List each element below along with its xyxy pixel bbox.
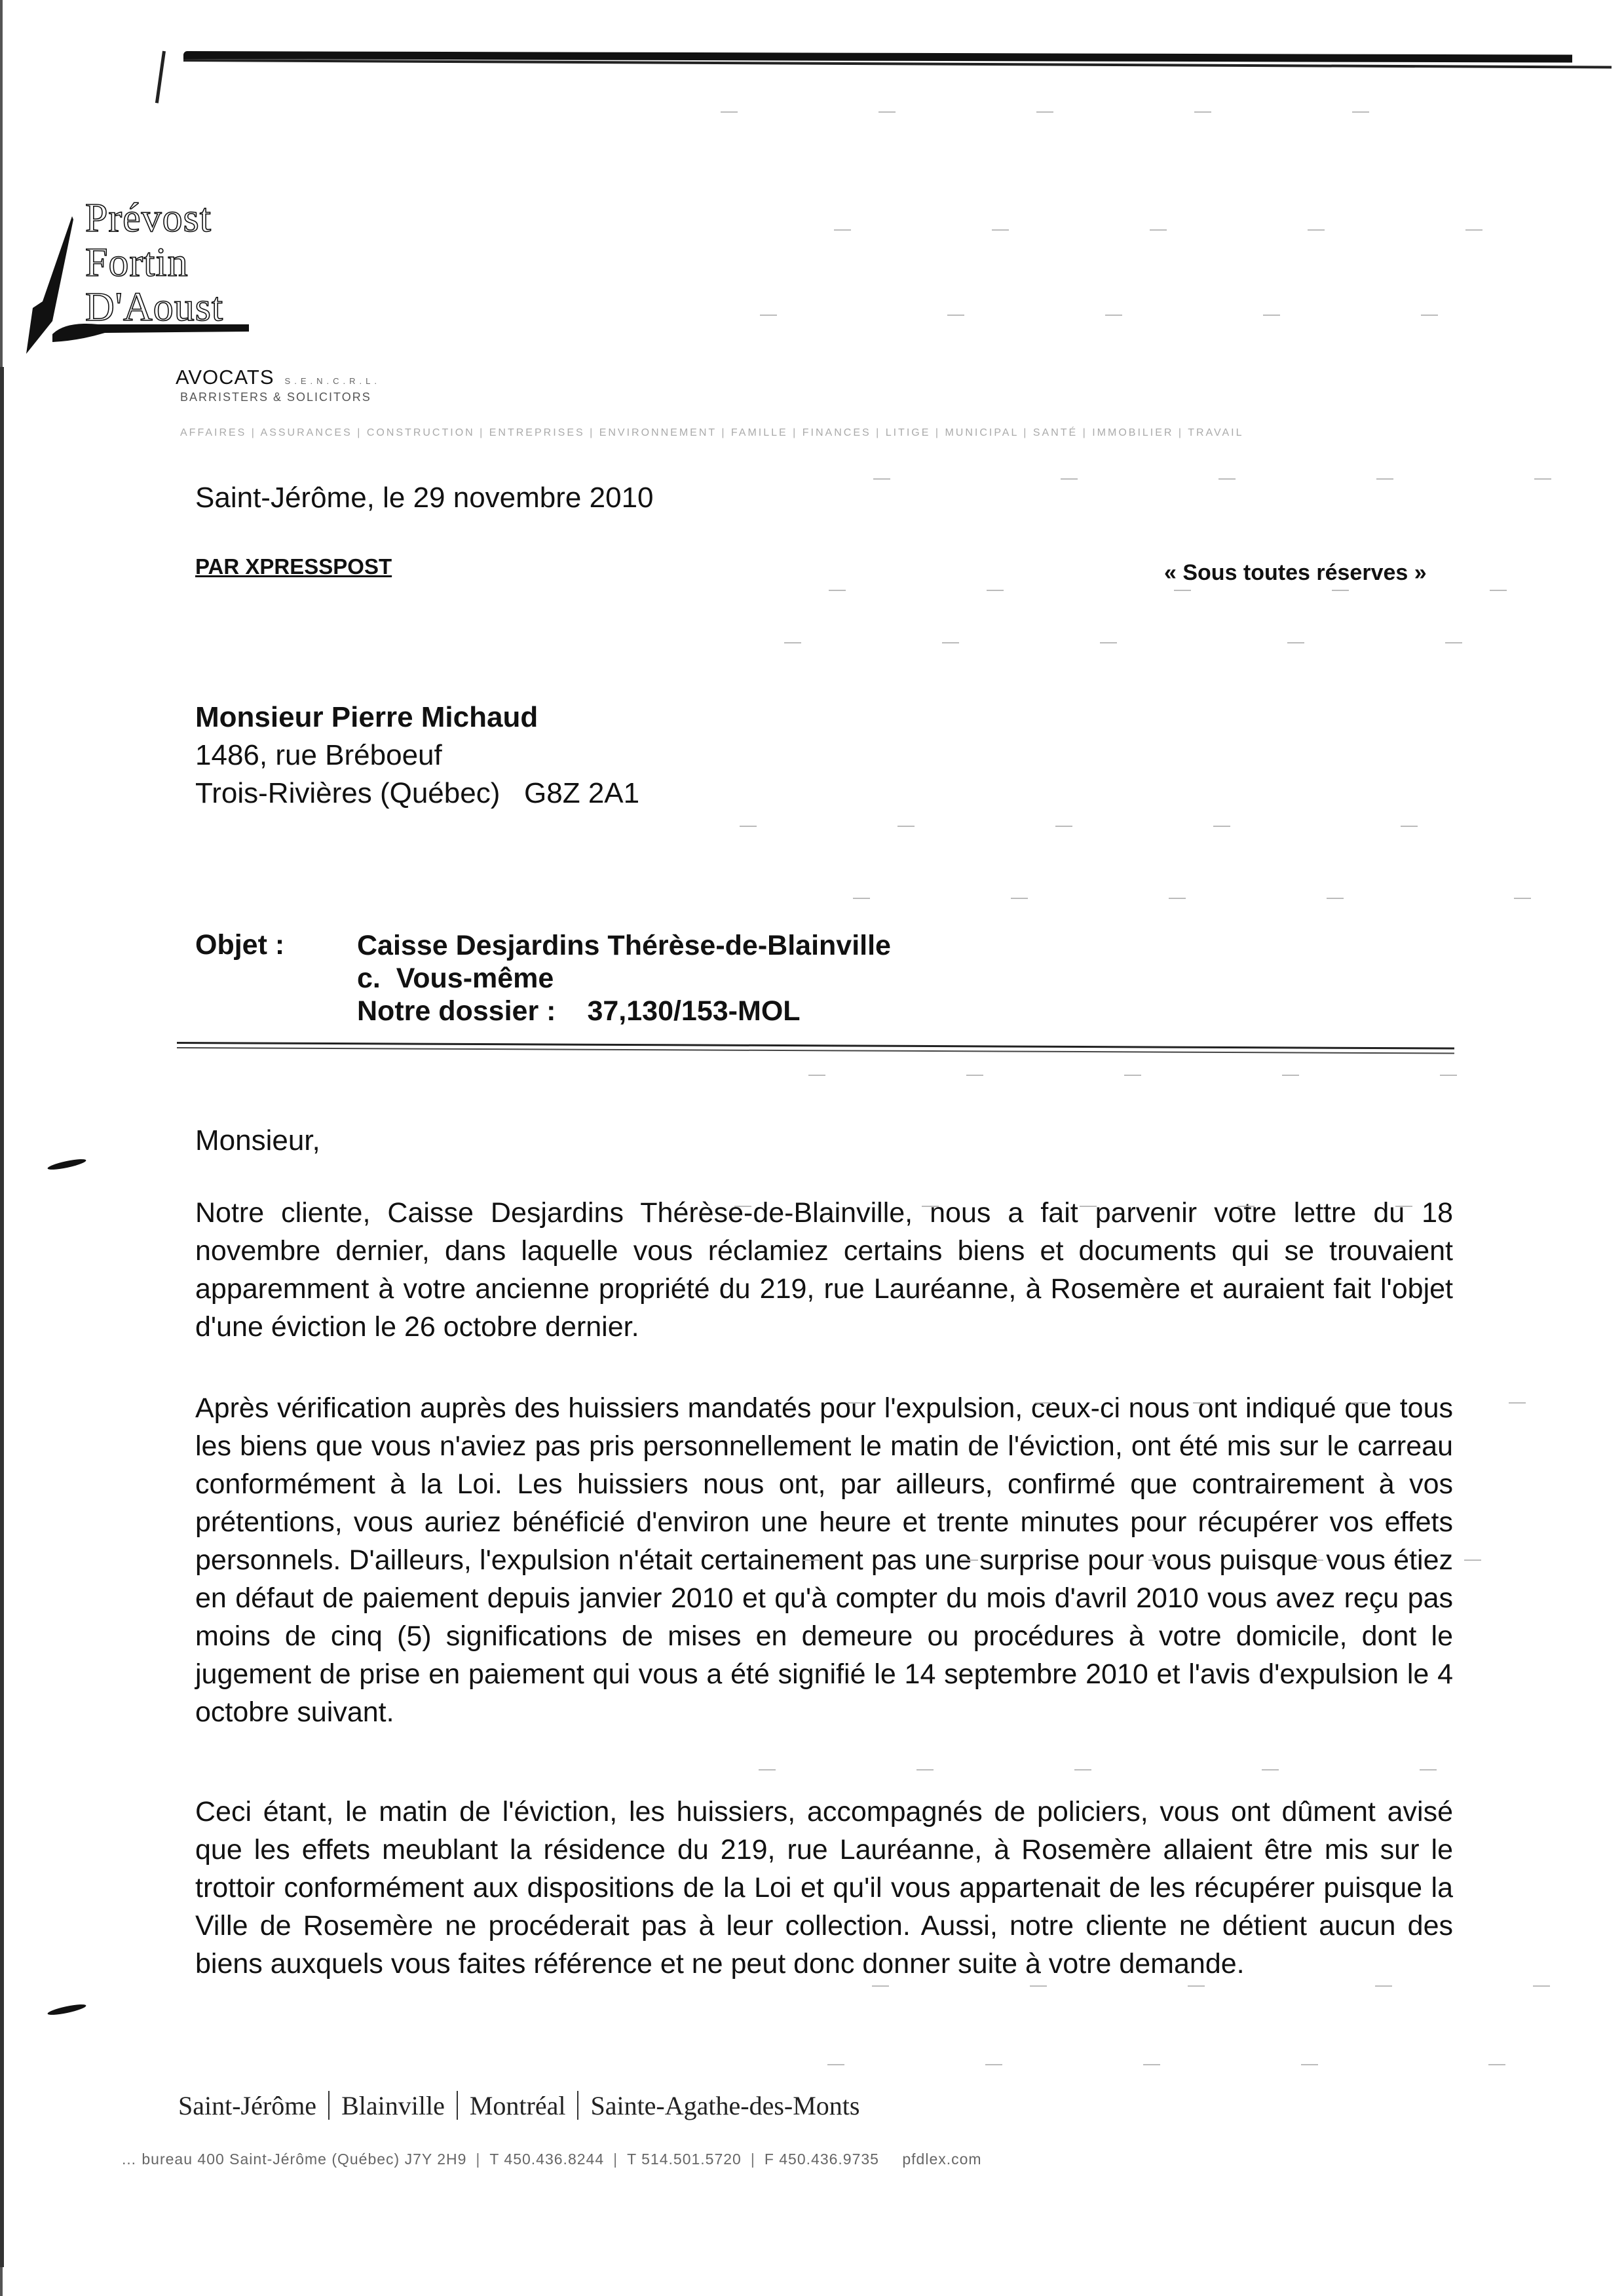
scan-speckle [1332,590,1349,591]
scan-speckle [784,642,801,643]
scan-speckle [740,826,757,827]
website-link[interactable]: pfdlex.com [902,2151,981,2168]
scan-speckle [1306,1559,1323,1561]
scan-speckle [1074,1769,1091,1770]
recipient-street: 1486, rue Bréboeuf [195,737,639,775]
scan-speckle [1080,1206,1097,1207]
office-location: Saint-Jérôme [178,2091,316,2120]
scan-speckle [760,315,777,316]
profession-suffix: S.E.N.C.R.L. [285,376,381,386]
scan-speckle [1061,478,1078,480]
scan-speckle [916,1769,934,1770]
delivery-method: PAR XPRESSPOST [195,554,392,579]
subject-line-1: Caisse Desjardins Thérèse-de-Blainville [357,929,891,962]
dossier-label: Notre dossier : [357,995,556,1027]
scan-speckle [734,1206,751,1207]
salutation: Monsieur, [195,1124,320,1157]
scan-speckle [853,898,870,899]
scan-speckle [1352,111,1369,113]
office-location: Blainville [341,2091,445,2120]
divider [457,2091,458,2120]
scan-speckle [897,826,915,827]
scan-speckle [1055,826,1072,827]
scan-speckle [1465,229,1482,231]
subject-dossier: Notre dossier :37,130/153-MOL [357,995,891,1027]
logo-line-1: Prévost [85,198,212,239]
scan-speckle [1148,1559,1165,1561]
divider [328,2091,330,2120]
scan-speckle [1440,1075,1457,1076]
scan-speckle [947,315,964,316]
scan-speckle [1351,1402,1368,1404]
contact-line: … bureau 400 Saint-Jérôme (Québec) J7Y 2… [121,2151,982,2168]
recipient-name: Monsieur Pierre Michaud [195,698,639,737]
scan-speckle [1445,642,1462,643]
scan-speckle [1509,1402,1526,1404]
scan-edge-shadow [0,367,4,2267]
scan-speckle [1188,1985,1205,1987]
scan-speckle [1036,111,1053,113]
scan-speckle [1534,478,1551,480]
scan-speckle [1035,1402,1052,1404]
profession-title: AVOCATSS.E.N.C.R.L. [176,366,381,389]
firm-logo: Prévost Fortin D'Aoust [26,190,249,360]
scan-speckle [1395,1206,1412,1207]
body-paragraph: Après vérification auprès des huissiers … [195,1389,1453,1731]
phone-primary: T 450.436.8244 [489,2151,604,2168]
scan-speckle [1237,1206,1255,1207]
scan-speckle [1401,826,1418,827]
scan-speckle [922,1206,939,1207]
scan-speckle [1262,1769,1279,1770]
scan-speckle [1420,1769,1437,1770]
scan-speckle [942,642,959,643]
scan-speckle [1193,1402,1210,1404]
fax-number: F 450.436.9735 [765,2151,879,2168]
dossier-number: 37,130/153-MOL [587,995,800,1027]
scan-speckle [987,590,1004,591]
punch-mark [47,2002,87,2017]
office-location: Sainte-Agathe-des-Monts [590,2091,859,2120]
scan-speckle [1375,1985,1392,1987]
scan-speckle [1287,642,1304,643]
scan-speckle [803,1559,820,1561]
scan-speckle [1218,478,1236,480]
scan-speckle [961,1559,978,1561]
practice-areas: AFFAIRES | ASSURANCES | CONSTRUCTION | E… [180,427,1244,439]
scan-speckle [1124,1075,1141,1076]
body-paragraph: Notre cliente, Caisse Desjardins Thérèse… [195,1194,1453,1346]
office-locations: Saint-JérômeBlainvilleMontréalSainte-Aga… [178,2090,859,2121]
scan-speckle [1150,229,1167,231]
scan-speckle [1282,1075,1299,1076]
firm-subtitle: BARRISTERS & SOLICITORS [180,391,371,404]
scan-speckle [1514,898,1531,899]
scan-speckle [1488,2064,1505,2065]
scan-speckle [1327,898,1344,899]
scan-speckle [1174,590,1191,591]
scan-speckle [1533,1985,1550,1987]
recipient-block: Monsieur Pierre Michaud 1486, rue Bréboe… [195,698,639,813]
scan-speckle [1464,1559,1481,1561]
scan-speckle [1376,478,1393,480]
logo-line-3: D'Aoust [85,287,223,328]
punch-mark [47,1157,87,1172]
scan-speckle [1194,111,1211,113]
scan-speckle [808,1075,825,1076]
scan-speckle [985,2064,1002,2065]
office-address: … bureau 400 Saint-Jérôme (Québec) J7Y 2… [121,2151,466,2168]
scan-speckle [721,111,738,113]
scan-speckle [1490,590,1507,591]
office-location: Montréal [470,2091,566,2120]
subject-block: Caisse Desjardins Thérèse-de-Blainville … [357,929,891,1027]
scan-speckle [1105,315,1122,316]
scan-speckle [829,590,846,591]
scan-speckle [1263,315,1280,316]
reservation-note: « Sous toutes réserves » [1164,560,1427,586]
scan-speckle [848,1402,865,1404]
scan-speckle [1421,315,1438,316]
scan-speckle [873,478,890,480]
scan-speckle [834,229,851,231]
recipient-city: Trois-Rivières (Québec) G8Z 2A1 [195,775,639,813]
scan-top-hook [155,51,166,104]
scan-speckle [1301,2064,1318,2065]
body-paragraph: Ceci étant, le matin de l'éviction, les … [195,1793,1453,1983]
scan-speckle [966,1075,983,1076]
scan-speckle [878,111,896,113]
scan-speckle [1011,898,1028,899]
phone-secondary: T 514.501.5720 [627,2151,742,2168]
scan-speckle [872,1985,889,1987]
subject-label: Objet : [195,929,284,961]
scan-speckle [1308,229,1325,231]
logo-line-2: Fortin [85,242,189,283]
scan-speckle [992,229,1009,231]
scan-speckle [1169,898,1186,899]
scan-speckle [827,2064,844,2065]
scan-speckle [1213,826,1230,827]
subject-line-2: c. Vous-même [357,962,891,995]
profession-label: AVOCATS [176,366,274,389]
divider [577,2091,578,2120]
scan-speckle [759,1769,776,1770]
scan-speckle [1143,2064,1160,2065]
scan-speckle [1100,642,1117,643]
date-line: Saint-Jérôme, le 29 novembre 2010 [195,482,654,514]
scan-speckle [1030,1985,1047,1987]
